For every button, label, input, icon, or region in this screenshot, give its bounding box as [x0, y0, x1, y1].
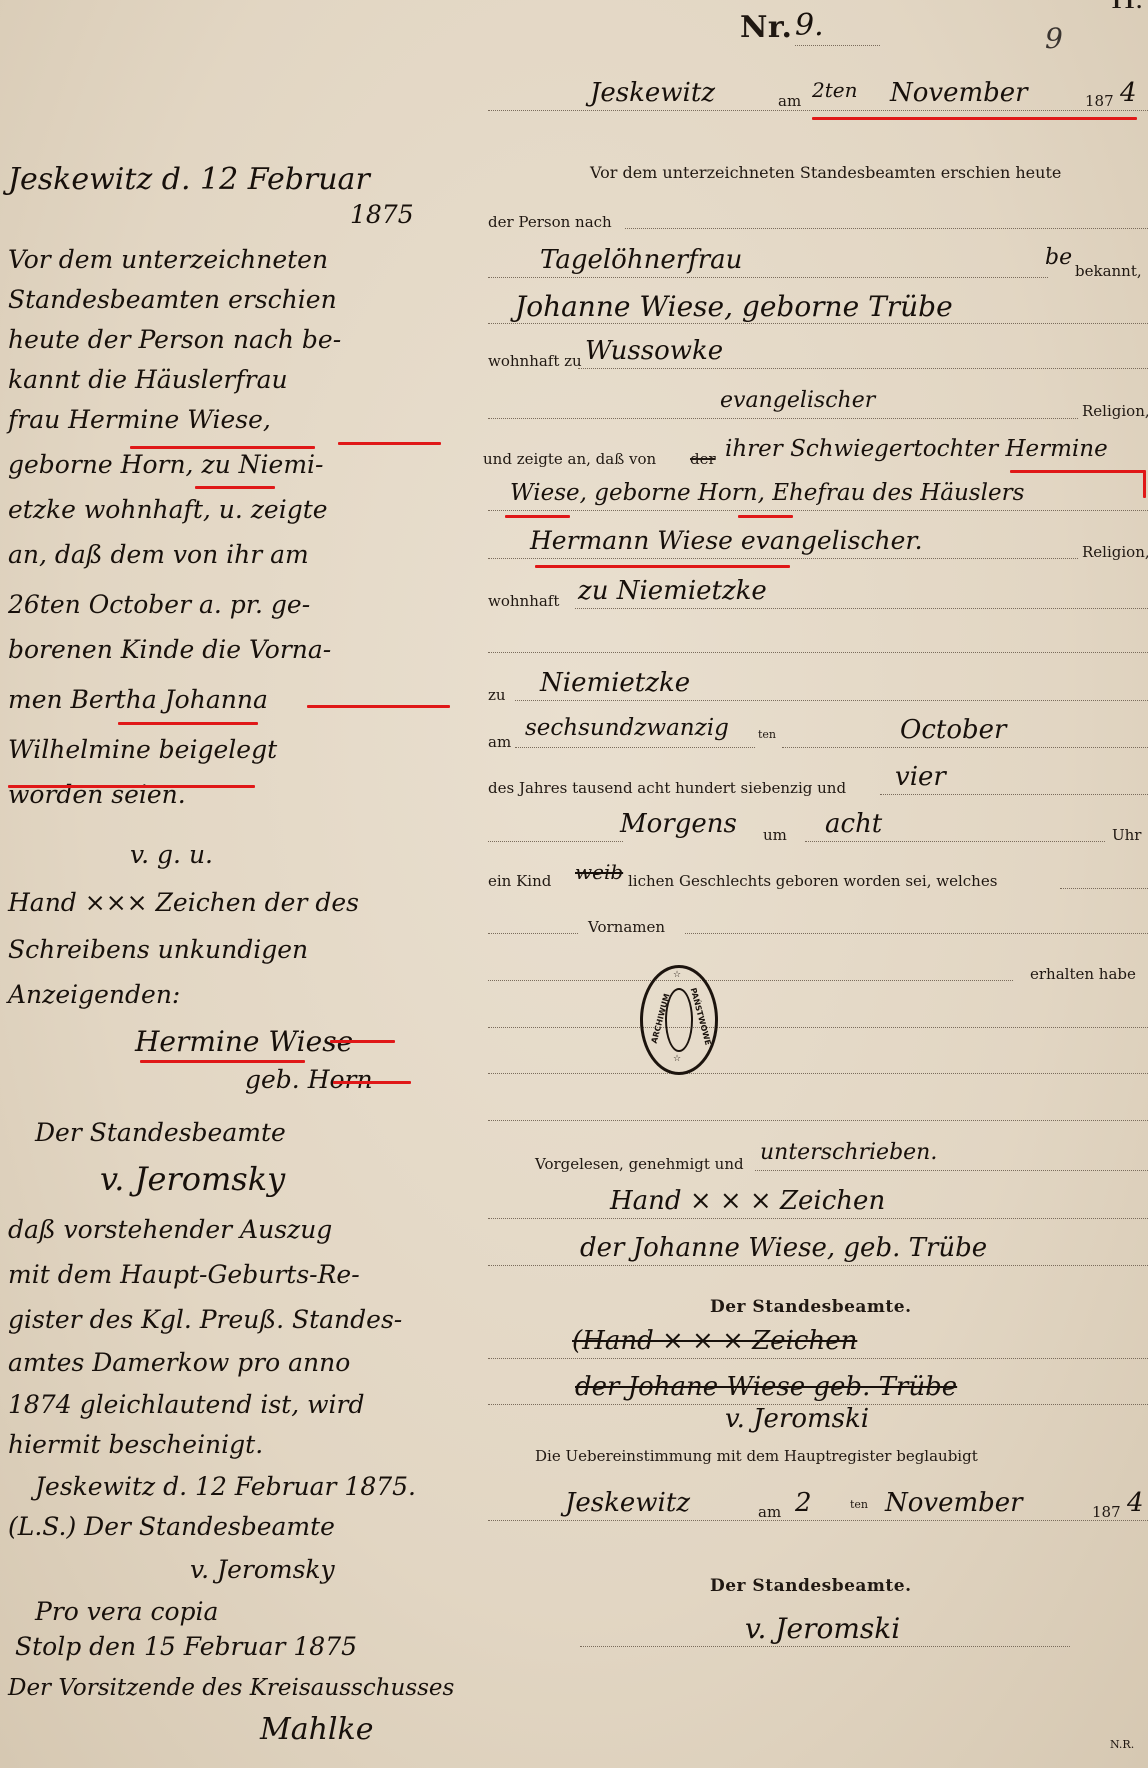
dotted-line [625, 228, 1148, 229]
dotted-line [488, 110, 1148, 111]
margin-line: heute der Person nach be- [8, 325, 341, 354]
red-underline [812, 117, 1137, 120]
cert-am-label: am [758, 1503, 781, 1521]
dotted-line [488, 980, 1013, 981]
margin-line: Der Standesbeamte [35, 1118, 286, 1147]
footer-mark: N.R. [1110, 1738, 1134, 1751]
margin-line: v. Jeromsky [100, 1160, 285, 1198]
archive-stamp: ARCHIWUM PAŃSTWOWE ☆ ☆ [640, 965, 718, 1075]
year-prefix: 187 [1085, 92, 1114, 110]
margin-line: (L.S.) Der Standesbeamte [8, 1512, 335, 1541]
dotted-line [488, 418, 1078, 419]
red-underline [738, 515, 793, 518]
margin-line: etzke wohnhaft, u. zeigte [8, 495, 328, 524]
cert-month: November [885, 1488, 1023, 1518]
margin-line: an, daß dem von ihr am [8, 540, 309, 569]
margin-line: hiermit bescheinigt. [8, 1430, 263, 1459]
margin-line: v. Jeromsky [190, 1555, 335, 1584]
margin-line: Pro vera copia [35, 1597, 218, 1626]
informant-name: Johanne Wiese, geborne Trübe [515, 290, 953, 323]
red-underline [333, 1081, 411, 1084]
dotted-line [795, 45, 880, 46]
dotted-line [580, 1646, 1070, 1647]
star-icon: ☆ [673, 1054, 681, 1064]
residence-label: wohnhaft zu [488, 352, 582, 370]
dotted-line [488, 323, 1148, 324]
residence-label-2: wohnhaft [488, 592, 559, 610]
religion-label-2: Religion, [1082, 543, 1148, 561]
time-of-day: Morgens [620, 809, 737, 839]
year-digit: 4 [1120, 78, 1137, 108]
child-label-b: lichen Geschlechts geboren worden sei, w… [628, 872, 997, 890]
registrar-signature-2: v. Jeromski [745, 1612, 900, 1645]
margin-line: men Bertha Johanna [8, 685, 268, 714]
known-prefix: be [1045, 245, 1072, 270]
red-underline [330, 1040, 395, 1043]
um-label: um [763, 826, 787, 844]
birth-month: October [900, 715, 1006, 745]
dotted-line [515, 700, 1148, 701]
dotted-line [488, 1265, 1148, 1266]
margin-line: Vor dem unterzeichneten [8, 245, 328, 274]
am-label: am [778, 92, 801, 110]
cert-year-prefix: 187 [1092, 1503, 1121, 1521]
margin-line: Hand ××× Zeichen der des [8, 888, 359, 917]
dotted-line [1060, 888, 1148, 889]
dotted-line [755, 1170, 1148, 1171]
dotted-line [880, 794, 1148, 795]
margin-line: Wilhelmine beigelegt [8, 735, 277, 764]
star-icon: ☆ [673, 970, 681, 980]
dotted-line [782, 747, 1148, 748]
month-value: November [890, 78, 1028, 108]
father-line: Hermann Wiese evangelischer. [530, 526, 923, 555]
birth-place: Niemietzke [540, 668, 690, 698]
margin-line: Hermine Wiese [135, 1025, 353, 1058]
red-underline [505, 515, 570, 518]
red-underline [195, 486, 275, 489]
dotted-line [488, 1073, 1148, 1074]
margin-line: Anzeigenden: [8, 980, 180, 1009]
margin-line: Standesbeamten erschien [8, 285, 337, 314]
margin-line: frau Hermine Wiese, [8, 405, 271, 434]
record-number-value: 9. [795, 8, 824, 43]
red-underline [140, 1060, 305, 1063]
margin-line: Der Vorsitzende des Kreisausschusses [8, 1675, 454, 1701]
margin-line: Jeskewitz d. 12 Februar 1875. [35, 1472, 416, 1501]
zu-label: zu [488, 686, 506, 704]
am-label-2: am [488, 733, 511, 751]
intro-text: Vor dem unterzeichneten Standesbeamten e… [590, 163, 1061, 182]
margin-line: geb. Horn [245, 1065, 373, 1094]
margin-line: Jeskewitz d. 12 Februar [8, 162, 370, 197]
announced-struck-word: der [690, 450, 716, 468]
margin-line: amtes Damerkow pro anno [8, 1348, 350, 1377]
erhalten-label: erhalten habe [1030, 965, 1136, 983]
margin-line: kannt die Häuslerfrau [8, 365, 288, 394]
dotted-line [488, 933, 578, 934]
birth-year-hand: vier [895, 762, 946, 792]
dotted-line [575, 608, 1148, 609]
margin-line: borenen Kinde die Vorna- [8, 635, 331, 664]
dotted-line [578, 368, 1148, 369]
cert-day: 2 [795, 1488, 812, 1518]
margin-line: 1875 [350, 200, 414, 229]
place-value: Jeskewitz [590, 78, 715, 108]
birth-hour: acht [825, 809, 882, 839]
red-underline [1010, 470, 1145, 473]
margin-line: mit dem Haupt-Geburts-Re- [8, 1260, 360, 1289]
record-number-label: Nr. [740, 10, 792, 45]
dotted-line [488, 1358, 1148, 1359]
cert-ten-label: ten [850, 1498, 868, 1511]
read-hand: unterschrieben. [760, 1140, 937, 1165]
red-underline [8, 785, 255, 788]
birth-day: sechsundzwanzig [525, 715, 729, 741]
dotted-line [488, 841, 623, 842]
corner-mark: 11. [1110, 0, 1143, 13]
margin-line: 26ten October a. pr. ge- [8, 590, 310, 619]
red-underline [307, 705, 450, 708]
margin-signature: Mahlke [260, 1712, 373, 1747]
child-sex-hand: weib [575, 860, 623, 884]
occupation-value: Tagelöhnerfrau [540, 245, 742, 275]
red-underline [535, 565, 790, 568]
known-label: bekannt, [1075, 262, 1142, 280]
cert-place: Jeskewitz [565, 1488, 690, 1518]
read-label: Vorgelesen, genehmigt und [535, 1155, 744, 1173]
certify-label: Die Uebereinstimmung mit dem Hauptregist… [535, 1447, 978, 1465]
dotted-line [515, 747, 755, 748]
red-underline [130, 446, 315, 449]
uhr-label: Uhr [1112, 826, 1141, 844]
registrar-title-2: Der Standesbeamte. [710, 1576, 912, 1596]
day-value: 2ten [812, 78, 857, 102]
dotted-line [488, 1218, 1148, 1219]
dotted-line [488, 1027, 1148, 1028]
margin-line: gister des Kgl. Preuß. Standes- [8, 1305, 402, 1334]
year-label: des Jahres tausend acht hundert siebenzi… [488, 779, 846, 797]
dotted-line [685, 933, 1148, 934]
dotted-line [488, 1520, 1148, 1521]
struck-line-2: der Johane Wiese geb. Trübe [575, 1372, 957, 1402]
red-underline [118, 722, 258, 725]
red-underline [338, 442, 441, 445]
ten-label: ten [758, 728, 776, 741]
vornamen-label: Vornamen [588, 918, 665, 936]
margin-line: Schreibens unkundigen [8, 935, 308, 964]
margin-line: 1874 gleichlautend ist, wird [8, 1390, 364, 1419]
dotted-line [805, 841, 1105, 842]
margin-line: geborne Horn, zu Niemi- [8, 450, 323, 479]
residence-value-2: zu Niemietzke [578, 576, 767, 606]
margin-line: daß vorstehender Auszug [8, 1215, 332, 1244]
person-label: der Person nach [488, 213, 612, 231]
registrar-signature: v. Jeromski [725, 1404, 869, 1434]
dotted-line [488, 510, 1148, 511]
mother-line2: Wiese, geborne Horn, Ehefrau des Häusler… [510, 480, 1024, 506]
announced-label: und zeigte an, daß von [483, 450, 656, 468]
margin-line: v. g. u. [130, 840, 213, 869]
religion-label: Religion, [1082, 402, 1148, 420]
child-label-a: ein Kind [488, 872, 551, 890]
dotted-line [488, 652, 1148, 653]
religion-value: evangelischer [720, 388, 875, 413]
pencil-page-number: 9 [1045, 22, 1063, 55]
dotted-line [488, 558, 1078, 559]
mark-line-1: Hand × × × Zeichen [610, 1186, 885, 1216]
cert-year-digit: 4 [1127, 1488, 1144, 1518]
margin-line: Stolp den 15 Februar 1875 [15, 1632, 357, 1661]
dotted-line [488, 277, 1048, 278]
dotted-line [488, 1120, 1148, 1121]
mother-line1: ihrer Schwiegertochter Hermine [725, 436, 1108, 462]
red-bracket [1143, 470, 1146, 498]
residence-value: Wussowke [585, 336, 723, 366]
mark-line-2: der Johanne Wiese, geb. Trübe [580, 1233, 987, 1263]
struck-line-1: (Hand × × × Zeichen [572, 1326, 857, 1356]
registrar-title: Der Standesbeamte. [710, 1297, 912, 1317]
